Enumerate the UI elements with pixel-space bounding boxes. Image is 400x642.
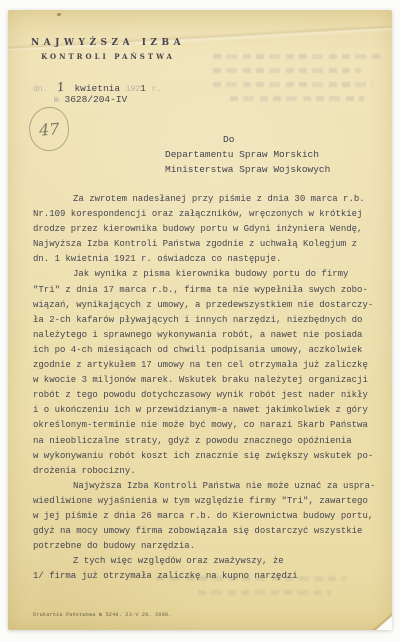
reference-number-line: № 3628/204-IV: [54, 94, 127, 105]
numero-symbol: №: [54, 96, 59, 105]
typewritten-line: potrzebne do budowy narzędzia.: [33, 539, 385, 554]
typewritten-line: Najwyższa Izba Kontroli Państwa nie może…: [33, 479, 385, 494]
typewritten-line: określonym-terminie nie może być mowy, c…: [33, 418, 385, 433]
recipient-salutation: Do: [223, 132, 330, 147]
typewritten-line: w kwocie 3 miljonów marek. Wskutek braku…: [33, 373, 385, 388]
recipient-block: Do Departamentu Spraw Morskich Ministers…: [165, 132, 330, 177]
corner-fold: [376, 616, 392, 630]
typewritten-line: gdyż na mocy umowy firma zobowiązała się…: [33, 524, 385, 539]
typewritten-line: zgodnie z artykułem 17 umowy na ten cel …: [33, 358, 385, 373]
typewritten-line: wiedliwione wyjaśnienia w tym względzie …: [33, 494, 385, 509]
recipient-line: Ministerstwa Spraw Wojskowych: [165, 162, 330, 177]
circled-number-value: 47: [38, 119, 60, 139]
paragraph: Najwyższa Izba Kontroli Państwa nie może…: [33, 479, 385, 554]
date-year-printed: 192: [126, 85, 140, 94]
body-text: Za zwrotem nadesłanej przy piśmie z dnia…: [33, 192, 385, 584]
typewritten-line: wiązań, wynikających z umowy, a przedews…: [33, 298, 385, 313]
recipient-line: Departamentu Spraw Morskich: [165, 147, 330, 162]
paragraph: Jak wynika z pisma kierownika budowy por…: [33, 267, 385, 478]
typewritten-line: robót z tego powodu dotychczasowy wynik …: [33, 388, 385, 403]
typewritten-line: Z tych więc względów oraz zważywszy, że: [33, 554, 385, 569]
date-line: dn. 1 kwietnia 1921 r.: [33, 80, 203, 94]
typewritten-line: dn. 1 kwietnia 1921 r. oświadcza co nast…: [33, 252, 385, 267]
typewritten-line: Za zwrotem nadesłanej przy piśmie z dnia…: [33, 192, 385, 207]
typewritten-line: Nr.109 korespondencji oraz załączników, …: [33, 207, 385, 222]
date-prefix-printed: dn.: [33, 85, 47, 94]
typewritten-line: Jak wynika z pisma kierownika budowy por…: [33, 267, 385, 282]
typewritten-line: "Tri" z dnia 17 marca r.b., firma ta nie…: [33, 283, 385, 298]
date-month-typed: kwietnia: [74, 83, 120, 94]
typewritten-line: drodze przez kierownika budowy portu w G…: [33, 222, 385, 237]
pencil-circled-number: 47: [26, 105, 71, 154]
typewritten-line: na nieobliczalne straty, gdyż z powodu z…: [33, 434, 385, 449]
letterhead-org-name: NAJWYŻSZA IZBA: [28, 38, 188, 48]
typewritten-line: i o ukończeniu ich w przewidzianym-a naw…: [33, 403, 385, 418]
paragraph: Za zwrotem nadesłanej przy piśmie z dnia…: [33, 192, 385, 267]
letterhead: NAJWYŻSZA IZBA KONTROLI PAŃSTWA: [28, 38, 188, 61]
ink-bleed-through-marks: [213, 54, 381, 110]
reference-number: 3628/204-IV: [65, 94, 128, 105]
typewritten-line: należytego i sprawnego wykonywania robót…: [33, 328, 385, 343]
date-year-typed-digit: 1: [140, 83, 146, 94]
printer-imprint: Drukarnia Państwowa № 5240. 23-V 20. 200…: [33, 612, 172, 618]
paper-hole-mark: [57, 13, 61, 16]
typewritten-line: w wykonywaniu robót koszt ich znacznie s…: [33, 449, 385, 464]
scanned-letter-page: NAJWYŻSZA IZBA KONTROLI PAŃSTWA dn. 1 kw…: [8, 10, 392, 630]
typewritten-line: ła 2-ch kafarów pływających i innych nar…: [33, 313, 385, 328]
typewritten-line: drożenia robocizny.: [33, 464, 385, 479]
date-suffix-printed: r.: [152, 85, 162, 94]
ink-bleed-through-marks: [156, 576, 346, 604]
letterhead-org-subtitle: KONTROLI PAŃSTWA: [28, 52, 188, 61]
date-day-handwritten: 1: [56, 80, 66, 95]
typewritten-line: w jej piśmie z dnia 26 marca r.b. do Kie…: [33, 509, 385, 524]
typewritten-line: Najwyższa Izba Kontroli Państwa zgodnie …: [33, 237, 385, 252]
typewritten-line: ich po 4-ch miesiącach od chwili podpisa…: [33, 343, 385, 358]
